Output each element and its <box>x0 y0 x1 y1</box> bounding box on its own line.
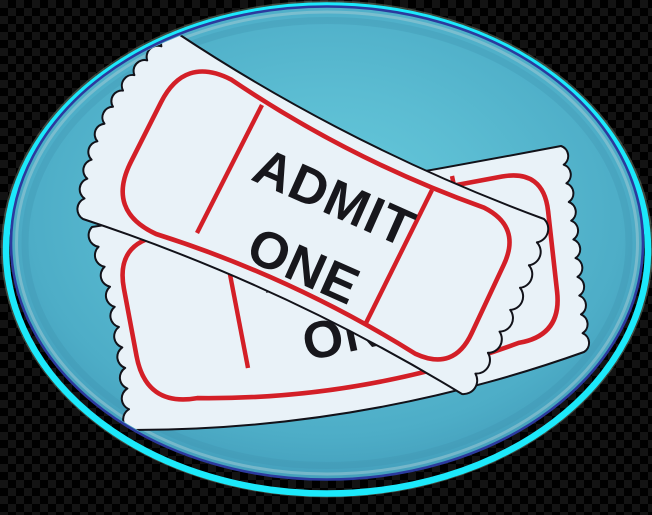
clipart-stage: Clip-art illustration of two overlapping… <box>0 0 652 515</box>
tickets-clipart: Clip-art illustration of two overlapping… <box>0 0 652 515</box>
